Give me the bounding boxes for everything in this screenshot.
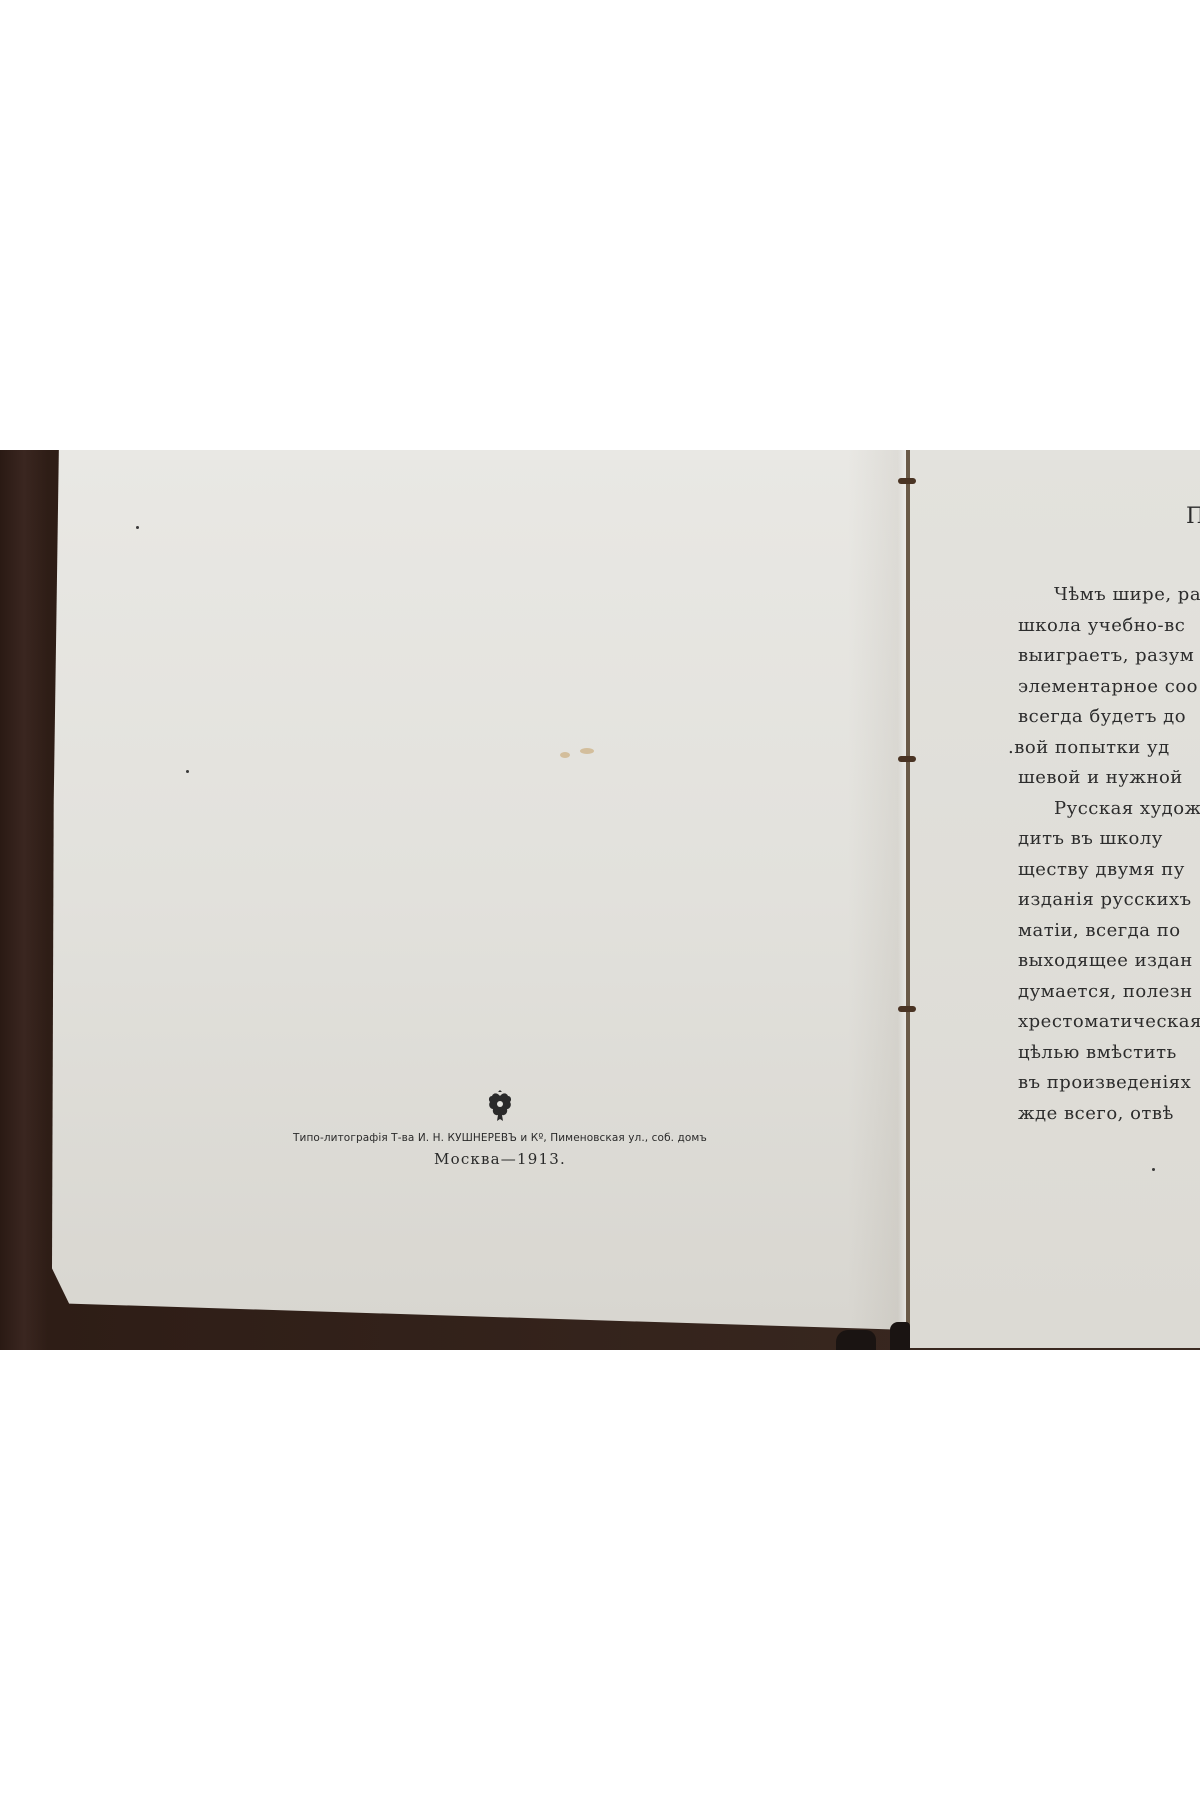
- gutter-highlight: [898, 450, 906, 1350]
- torn-edge: [890, 1322, 910, 1350]
- text-line: думается, полезн: [1018, 977, 1200, 1008]
- book-photo: Типо-литографія Т-ва И. Н. КУШНЕРЕВЪ и К…: [0, 450, 1200, 1350]
- text-line: хрестоматическая: [1018, 1007, 1200, 1038]
- binding-stitch: [898, 756, 916, 762]
- book-gutter: [906, 450, 910, 1350]
- text-line: Русская худож: [1018, 794, 1200, 825]
- foxing-spot: [580, 748, 594, 754]
- paper-speck: [136, 526, 139, 529]
- text-line: элементарное соо: [1018, 672, 1200, 703]
- text-line: .вой попытки уд: [1008, 733, 1200, 764]
- paper-speck: [1152, 1168, 1155, 1171]
- heading-fragment: П: [1186, 504, 1200, 529]
- text-line: жде всего, отвѣ: [1018, 1099, 1200, 1130]
- paper-speck: [186, 770, 189, 773]
- foxing-spot: [560, 752, 570, 758]
- text-line: ществу двумя пу: [1018, 855, 1200, 886]
- text-line: матіи, всегда по: [1018, 916, 1200, 947]
- text-line: изданія русскихъ: [1018, 885, 1200, 916]
- double-headed-eagle-icon: [485, 1090, 515, 1124]
- text-line: выиграетъ, разум: [1018, 641, 1200, 672]
- text-line: Чѣмъ шире, ра: [1018, 580, 1200, 611]
- printer-line: Типо-литографія Т-ва И. Н. КУШНЕРЕВЪ и К…: [230, 1132, 770, 1144]
- binding-stitch: [898, 1006, 916, 1012]
- printer-imprint: Типо-литографія Т-ва И. Н. КУШНЕРЕВЪ и К…: [230, 1090, 770, 1168]
- left-page: [52, 450, 908, 1330]
- text-line: цѣлью вмѣстить: [1018, 1038, 1200, 1069]
- text-line: школа учебно-вс: [1018, 611, 1200, 642]
- text-line: всегда будетъ до: [1018, 702, 1200, 733]
- torn-edge: [836, 1330, 876, 1350]
- city-year: Москва—1913.: [230, 1150, 770, 1168]
- binding-stitch: [898, 478, 916, 484]
- text-line: шевой и нужной: [1018, 763, 1200, 794]
- text-line: выходящее издан: [1018, 946, 1200, 977]
- text-line: дитъ въ школу: [1018, 824, 1200, 855]
- text-line: въ произведеніях: [1018, 1068, 1200, 1099]
